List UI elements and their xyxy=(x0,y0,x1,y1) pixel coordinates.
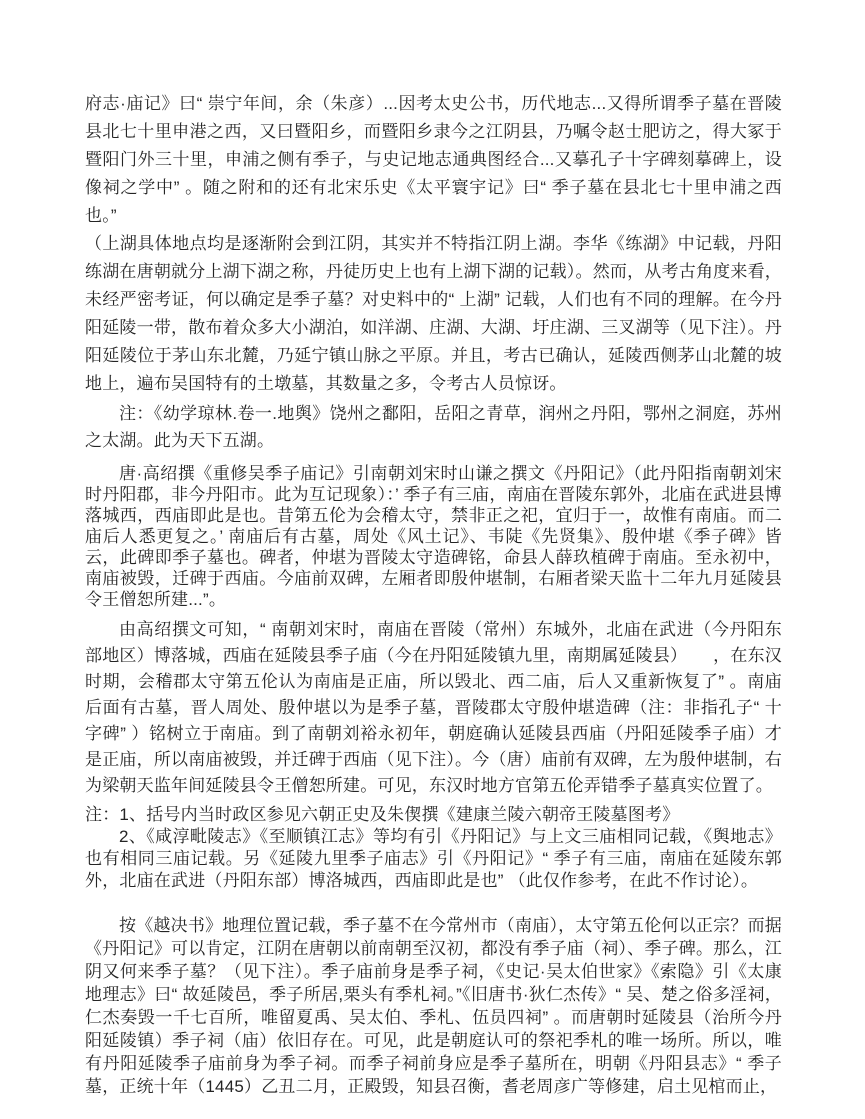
paragraph-p4-gaoshao-quote: 唐·高绍撰《重修吴季子庙记》引南朝刘宋时山谦之撰文《丹阳记》（此丹阳指南朝刘宋时… xyxy=(85,463,782,610)
paragraph-p1-fuzhi-miaoji: 府志·庙记》曰“ 崇宁年间，余（朱彦）...因考太史公书，历代地志...又得所谓… xyxy=(85,90,782,230)
paragraph-p5-analysis: 由高绍撰文可知，“ 南朝刘宋时，南庙在晋陵（常州）东城外，北庙在武进（今丹阳东部… xyxy=(85,617,782,799)
paragraph-note2-item1: 注：1、括号内当时政区参见六朝正史及朱偰撰《建康兰陵六朝帝王陵墓图考》 xyxy=(85,804,782,826)
paragraph-note2-item2: 2、《咸淳毗陵志》《至顺镇江志》等均有引《丹阳记》与上文三庙相同记载，《舆地志》… xyxy=(85,826,782,892)
document-page: 府志·庙记》曰“ 崇宁年间，余（朱彦）...因考太史公书，历代地志...又得所谓… xyxy=(0,0,865,1119)
document-body: 府志·庙记》曰“ 崇宁年间，余（朱彦）...因考太史公书，历代地志...又得所谓… xyxy=(85,90,782,1098)
paragraph-p2-shanghu: （上湖具体地点均是逐渐附会到江阴，其实并不特指江阴上湖。李华《练湖》中记载，丹阳… xyxy=(85,230,782,398)
paragraph-p7-yuejueshu: 按《越决书》地理位置记载，季子墓不在今常州市（南庙），太守第五伦何以正宗？而据《… xyxy=(85,914,782,1098)
paragraph-note-five-lakes: 注：《幼学琼林.卷一.地舆》饶州之鄱阳，岳阳之青草，润州之丹阳，鄂州之洞庭，苏州… xyxy=(85,400,782,454)
